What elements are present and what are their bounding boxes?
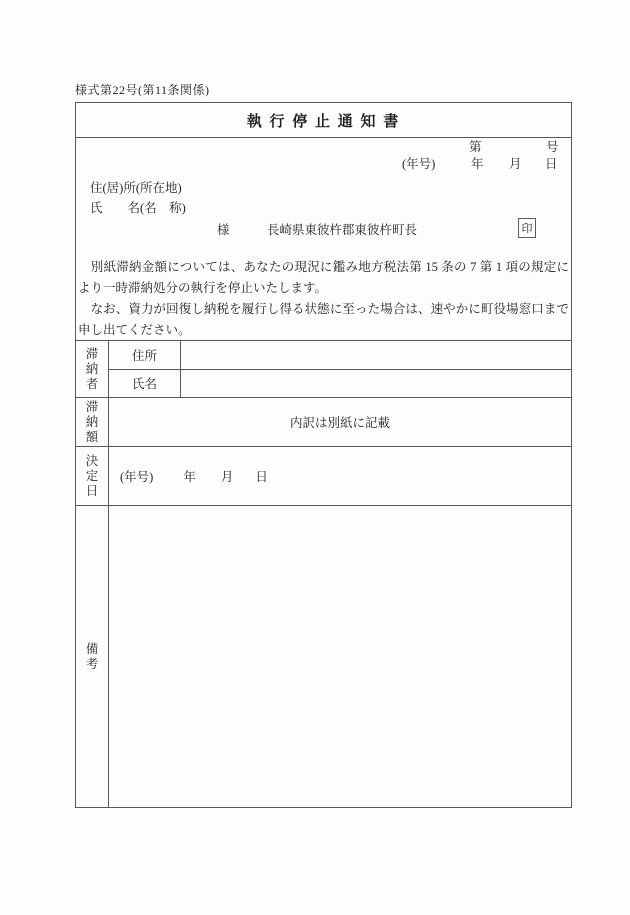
recipient-address-label: 住(居)所(所在地): [90, 178, 182, 196]
remarks-label: 備考: [85, 642, 99, 672]
decision-year-label: 年: [183, 467, 196, 485]
amount-value: 内訳は別紙に記載: [290, 413, 390, 431]
doc-number-prefix: 第: [469, 137, 482, 155]
delinquent-sub-rows: 住所 氏名: [109, 341, 571, 397]
table-row-name: 氏名: [109, 370, 571, 398]
name-label-cell: 氏名: [109, 370, 181, 398]
amount-label: 滞納額: [85, 400, 99, 445]
seal-placeholder: 印: [518, 218, 536, 238]
issue-date-era-label: (年号): [402, 154, 435, 172]
form-number-label: 様式第22号(第11条関係): [75, 81, 210, 98]
recipient-name-label: 氏 名(名 称): [90, 198, 186, 216]
address-label-cell: 住所: [109, 341, 181, 369]
address-value-cell: [181, 341, 571, 369]
table-row-remarks: 備考: [76, 506, 571, 807]
issue-date-year-label: 年: [471, 154, 484, 172]
decision-date-value-cell: (年号) 年 月 日: [109, 447, 571, 505]
remarks-label-cell: 備考: [76, 506, 109, 807]
decision-date-label-cell: 決定日: [76, 447, 109, 505]
decision-date-label: 決定日: [85, 454, 99, 499]
issue-date-month-label: 月: [509, 154, 522, 172]
delinquent-label-cell: 滞納者: [76, 341, 109, 397]
notice-form-frame: 執 行 停 止 通 知 書 第 号 (年号) 年 月 日 住(居)所(所在地) …: [75, 102, 572, 808]
name-label: 氏名: [132, 374, 157, 392]
body-paragraph-1: 別紙滞納金額については、あなたの現況に鑑み地方税法第 15 条の 7 第 1 項…: [78, 257, 569, 299]
amount-value-cell: 内訳は別紙に記載: [109, 398, 571, 446]
table-row-delinquent: 滞納者 住所 氏名: [76, 341, 571, 398]
amount-label-cell: 滞納額: [76, 398, 109, 446]
body-paragraph-2: なお、資力が回復し納税を履行し得る状態に至った場合は、速やかに町役場窓口まで申し…: [78, 299, 569, 341]
document-title: 執 行 停 止 通 知 書: [76, 103, 571, 138]
document-page: 様式第22号(第11条関係) 執 行 停 止 通 知 書 第 号 (年号) 年 …: [0, 0, 630, 915]
decision-day-label: 日: [255, 467, 268, 485]
seal-label: 印: [522, 220, 533, 236]
address-label: 住所: [132, 346, 157, 364]
notice-body: 別紙滞納金額については、あなたの現況に鑑み地方税法第 15 条の 7 第 1 項…: [78, 257, 569, 341]
detail-table: 滞納者 住所 氏名: [76, 340, 571, 807]
issue-date-day-label: 日: [545, 154, 558, 172]
doc-number-suffix: 号: [546, 137, 559, 155]
decision-era-label: (年号): [120, 467, 153, 485]
table-row-decision-date: 決定日 (年号) 年 月 日: [76, 447, 571, 506]
table-row-address: 住所: [109, 341, 571, 370]
recipient-honorific: 様: [217, 220, 230, 238]
delinquent-label: 滞納者: [85, 347, 99, 392]
decision-month-label: 月: [221, 467, 234, 485]
table-row-amount: 滞納額 内訳は別紙に記載: [76, 398, 571, 447]
name-value-cell: [181, 370, 571, 398]
remarks-value-cell: [109, 506, 571, 807]
issuer-title: 長崎県東彼杵郡東彼杵町長: [267, 220, 417, 238]
